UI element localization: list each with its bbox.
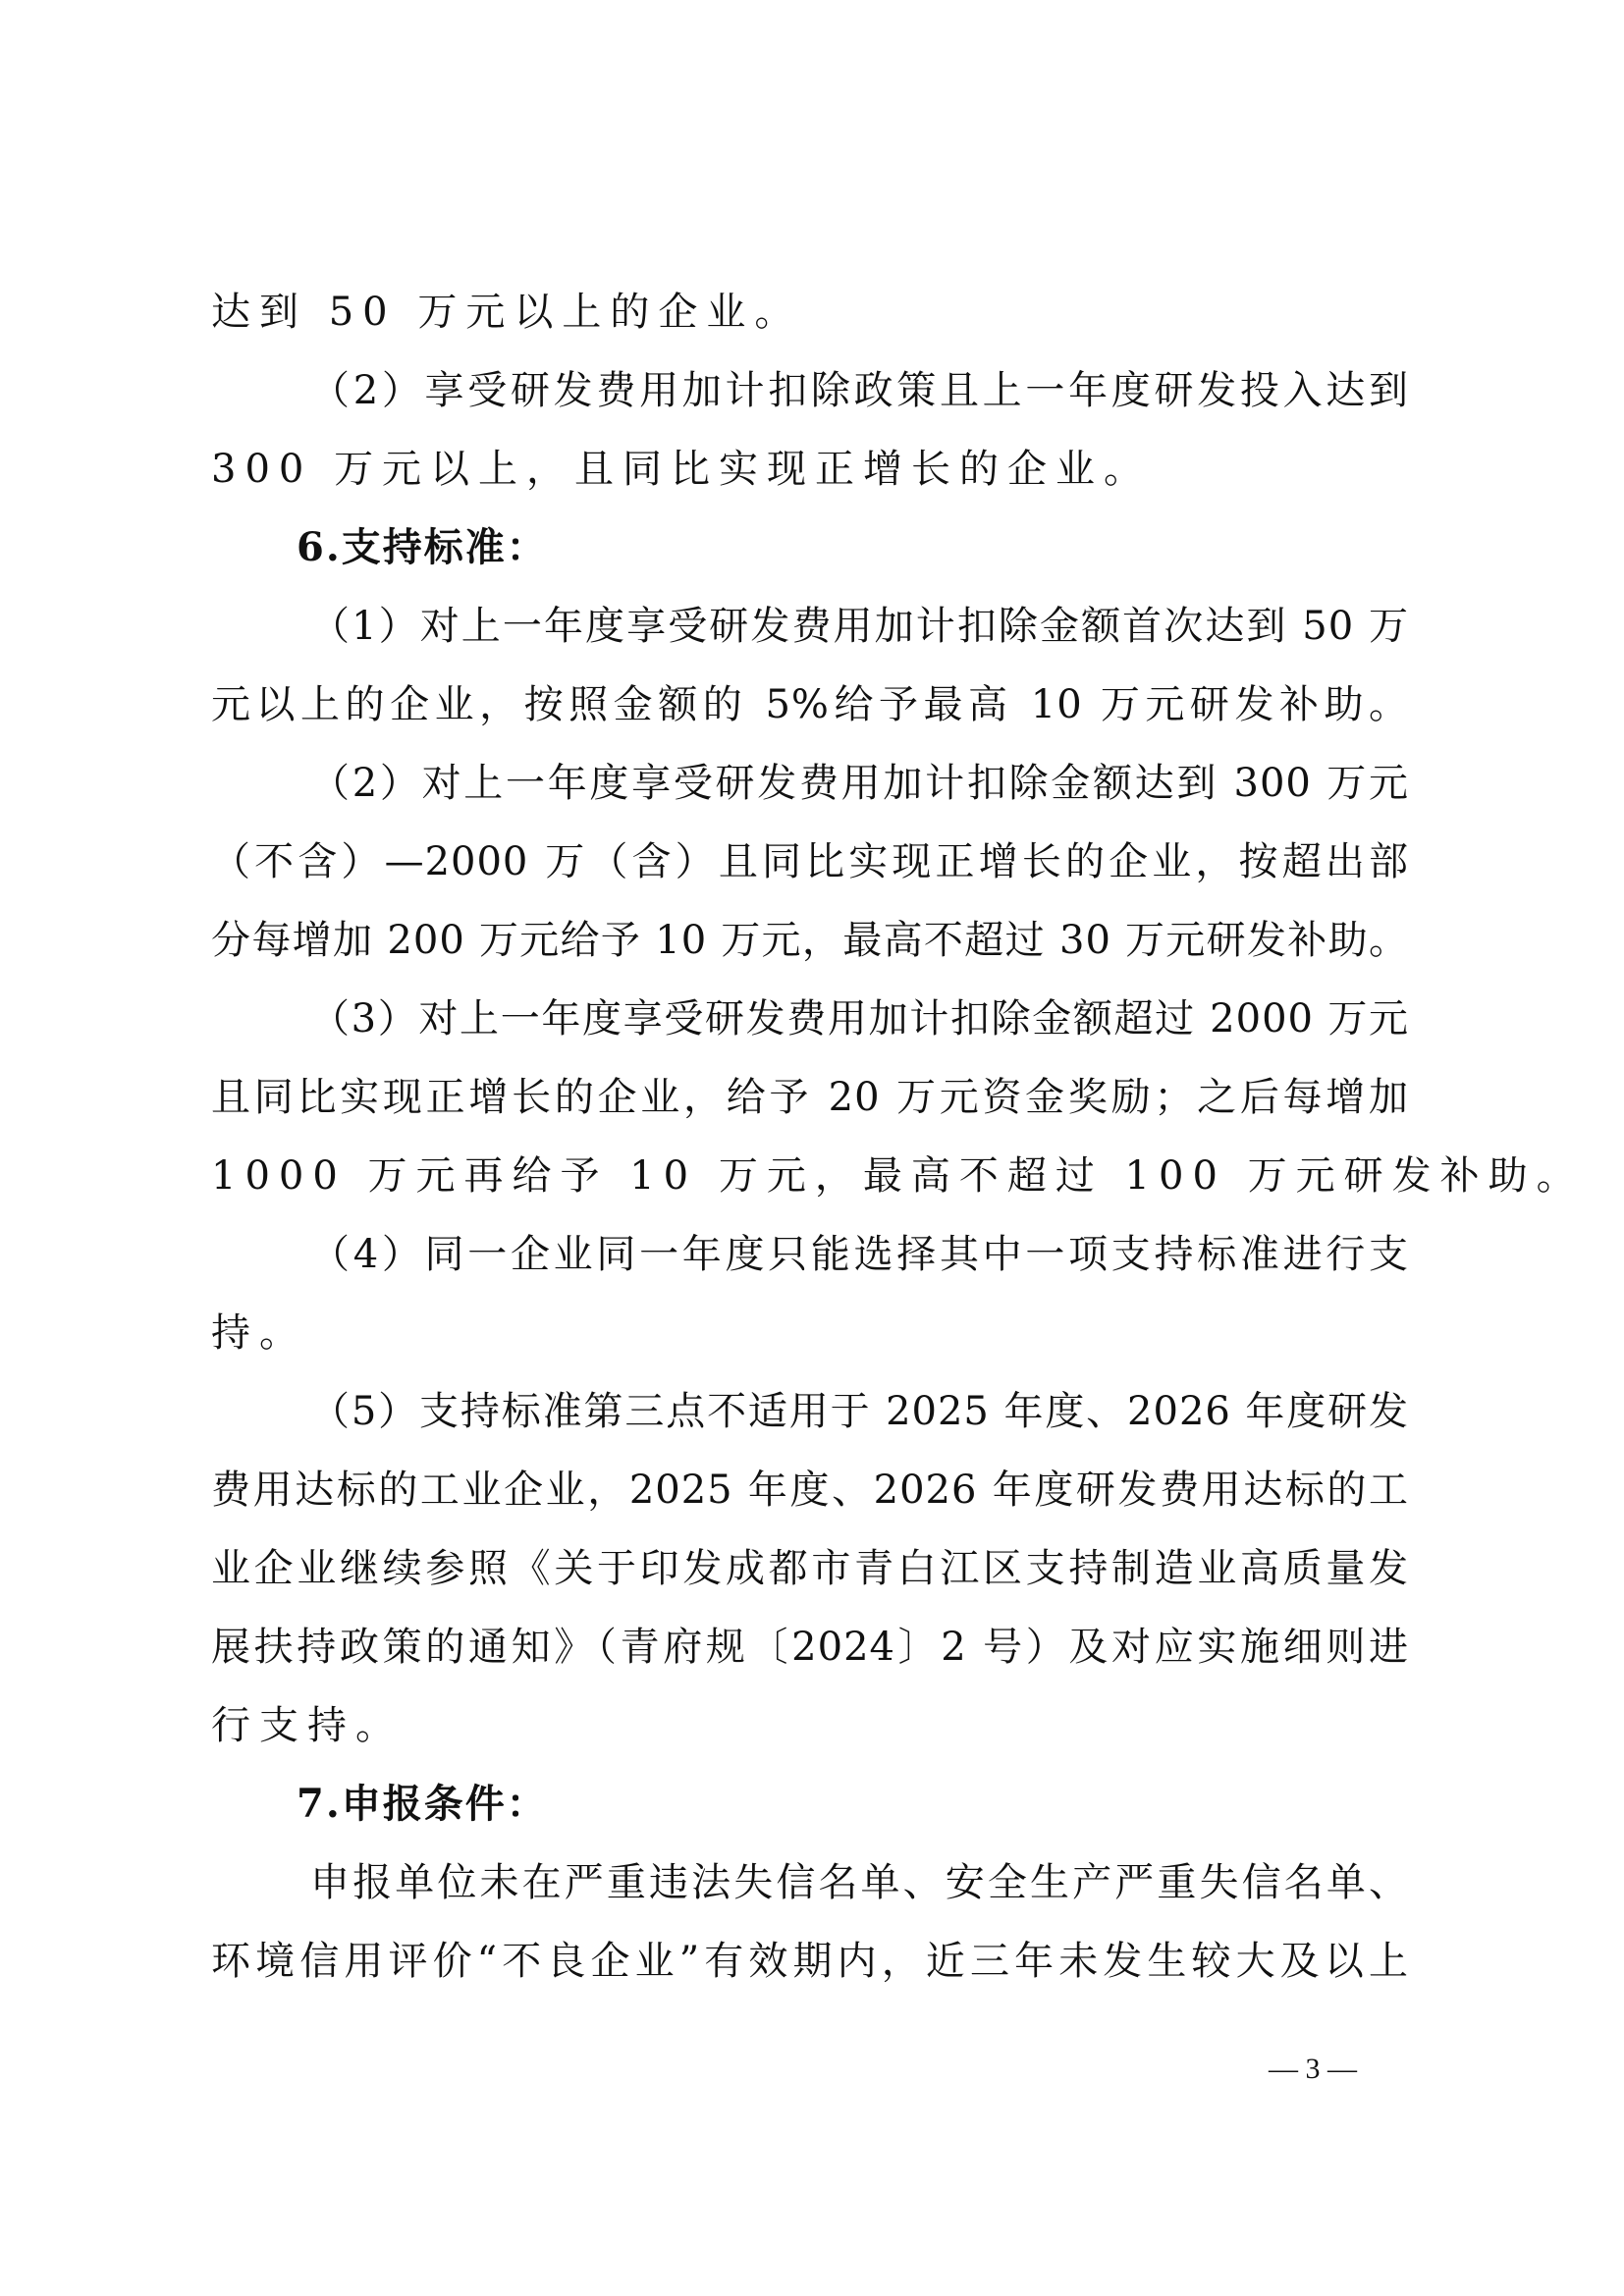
paragraph-line-standard-1-start: （1）对上一年度享受研发费用加计扣除金额首次达到 50 万 (310, 599, 1409, 654)
paragraph-line-standard-4-end: 持。 (211, 1306, 1409, 1361)
document-page: 达到 50 万元以上的企业。 （2）享受研发费用加计扣除政策且上一年度研发投入达… (0, 0, 1624, 2296)
paragraph-line-conditions-cont: 环境信用评价“不良企业”有效期内，近三年未发生较大及以上 (211, 1934, 1409, 1989)
paragraph-line-conditions-start: 申报单位未在严重违法失信名单、安全生产严重失信名单、 (310, 1855, 1409, 1910)
section-heading-application-conditions: 7.申报条件： (297, 1777, 886, 1832)
paragraph-line-criteria-1-end: 达到 50 万元以上的企业。 (211, 285, 1409, 340)
page-number: — 3 — (1239, 2050, 1386, 2089)
paragraph-line-standard-3-start: （3）对上一年度享受研发费用加计扣除金额超过 2000 万元 (310, 991, 1409, 1046)
paragraph-line-criteria-2-end: 300 万元以上，且同比实现正增长的企业。 (211, 442, 1409, 497)
paragraph-line-standard-2-mid: （不含）—2000 万（含）且同比实现正增长的企业，按超出部 (211, 834, 1409, 889)
paragraph-line-standard-5-line2: 费用达标的工业企业，2025 年度、2026 年度研发费用达标的工 (211, 1463, 1409, 1518)
paragraph-line-standard-5-line3: 业企业继续参照《关于印发成都市青白江区支持制造业高质量发 (211, 1541, 1409, 1596)
paragraph-line-standard-5-end: 行支持。 (211, 1698, 1409, 1753)
paragraph-line-standard-5-line4: 展扶持政策的通知》（青府规〔2024〕2 号）及对应实施细则进 (211, 1620, 1409, 1675)
paragraph-line-standard-1-end: 元以上的企业，按照金额的 5%给予最高 10 万元研发补助。 (211, 677, 1409, 732)
paragraph-line-standard-4-start: （4）同一企业同一年度只能选择其中一项支持标准进行支 (310, 1227, 1409, 1282)
paragraph-line-standard-2-end: 分每增加 200 万元给予 10 万元，最高不超过 30 万元研发补助。 (211, 913, 1409, 968)
paragraph-line-standard-3-end: 1000 万元再给予 10 万元，最高不超过 100 万元研发补助。 (211, 1148, 1409, 1203)
section-heading-support-standard: 6.支持标准： (297, 520, 886, 575)
paragraph-line-standard-5-start: （5）支持标准第三点不适用于 2025 年度、2026 年度研发 (310, 1384, 1409, 1439)
paragraph-line-standard-3-mid: 且同比实现正增长的企业，给予 20 万元资金奖励；之后每增加 (211, 1070, 1409, 1125)
paragraph-line-criteria-2-start: （2）享受研发费用加计扣除政策且上一年度研发投入达到 (310, 363, 1409, 418)
paragraph-line-standard-2-start: （2）对上一年度享受研发费用加计扣除金额达到 300 万元 (310, 756, 1409, 811)
